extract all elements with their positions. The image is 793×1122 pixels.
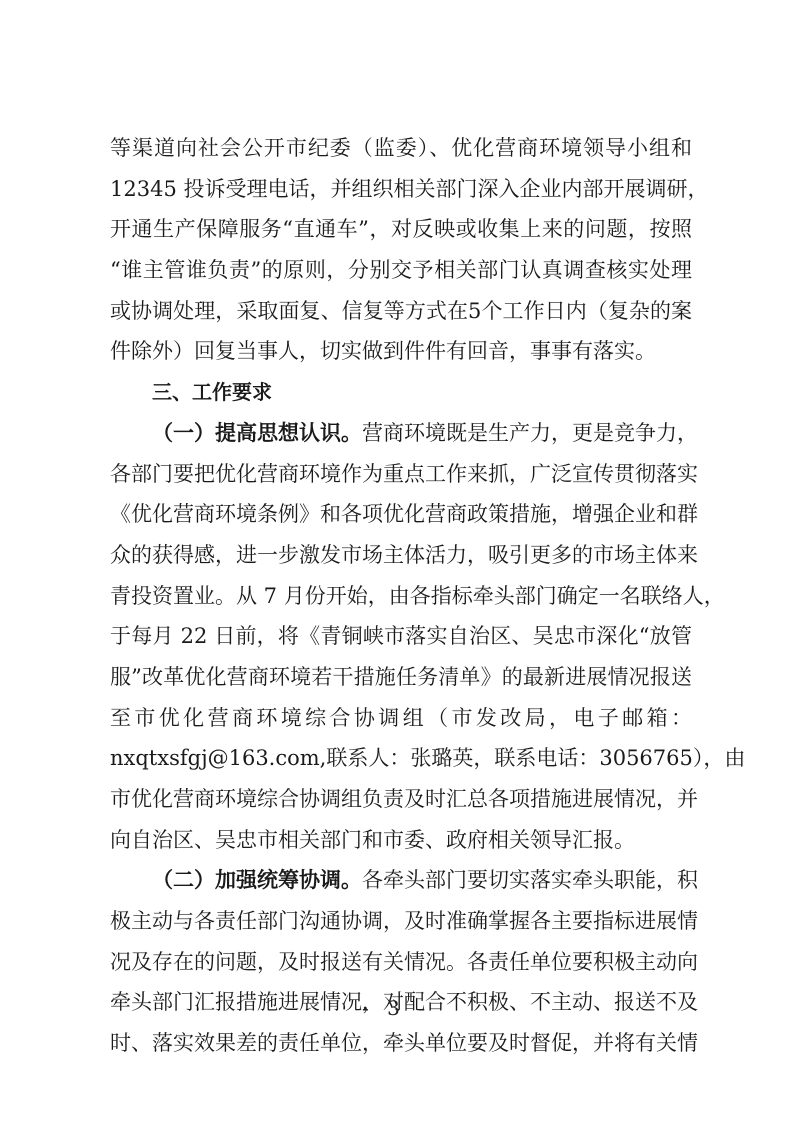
paragraph-2-first-line: （二）加强统筹协调。各牵头部门要切实落实牵头职能，积 — [110, 860, 692, 901]
text-line: 件除外）回复当事人，切实做到件件有回音，事事有落实。 — [110, 331, 692, 372]
paragraph-2-lead: （二）加强统筹协调。 — [152, 867, 362, 892]
text-line: 向自治区、吴忠市相关部门和市委、政府相关领导汇报。 — [110, 820, 692, 861]
text-line: nxqtxsfgj@163.com,联系人：张璐英，联系电话：3056765），… — [110, 738, 692, 779]
text-line: 开通生产保障服务“直通车”，对反映或收集上来的问题，按照 — [110, 209, 692, 250]
text-line: 于每月 22 日前，将《青铜峡市落实自治区、吴忠市深化“放管 — [110, 616, 692, 657]
text-line: 至市优化营商环境综合协调组（市发改局，电子邮箱： — [110, 698, 692, 739]
text-line: 12345 投诉受理电话，并组织相关部门深入企业内部开展调研， — [110, 169, 692, 210]
text-line: 服”改革优化营商环境若干措施任务清单》的最新进展情况报送 — [110, 657, 692, 698]
text-line: 市优化营商环境综合协调组负责及时汇总各项措施进展情况，并 — [110, 779, 692, 820]
text-line: 况及存在的问题，及时报送有关情况。各责任单位要积极主动向 — [110, 942, 692, 983]
page-number: - 3 - — [0, 996, 793, 1020]
document-page: 等渠道向社会公开市纪委（监委）、优化营商环境领导小组和 12345 投诉受理电话… — [0, 0, 793, 1122]
paragraph-1-lead: （一）提高思想认识。 — [152, 420, 362, 445]
text-line: 《优化营商环境条例》和各项优化营商政策措施，增强企业和群 — [110, 494, 692, 535]
document-body: 等渠道向社会公开市纪委（监委）、优化营商环境领导小组和 12345 投诉受理电话… — [110, 128, 692, 1064]
text-line: 青投资置业。从 7 月份开始，由各指标牵头部门确定一名联络人， — [110, 576, 692, 617]
text-line: 等渠道向社会公开市纪委（监委）、优化营商环境领导小组和 — [110, 128, 692, 169]
text-line: 众的获得感，进一步激发市场主体活力，吸引更多的市场主体来 — [110, 535, 692, 576]
text-line: “谁主管谁负责”的原则，分别交予相关部门认真调查核实处理 — [110, 250, 692, 291]
text-line: 时、落实效果差的责任单位，牵头单位要及时督促，并将有关情 — [110, 1023, 692, 1064]
paragraph-1-first-line: （一）提高思想认识。营商环境既是生产力，更是竞争力， — [110, 413, 692, 454]
text-line: 极主动与各责任部门沟通协调，及时准确掌握各主要指标进展情 — [110, 901, 692, 942]
text-line: 各部门要把优化营商环境作为重点工作来抓，广泛宣传贯彻落实 — [110, 454, 692, 495]
text-line: 或协调处理，采取面复、信复等方式在5个工作日内（复杂的案 — [110, 291, 692, 332]
paragraph-1-first-text: 营商环境既是生产力，更是竞争力， — [362, 421, 698, 445]
section-heading: 三、工作要求 — [110, 372, 692, 413]
paragraph-2-first-text: 各牵头部门要切实落实牵头职能，积 — [362, 868, 698, 892]
